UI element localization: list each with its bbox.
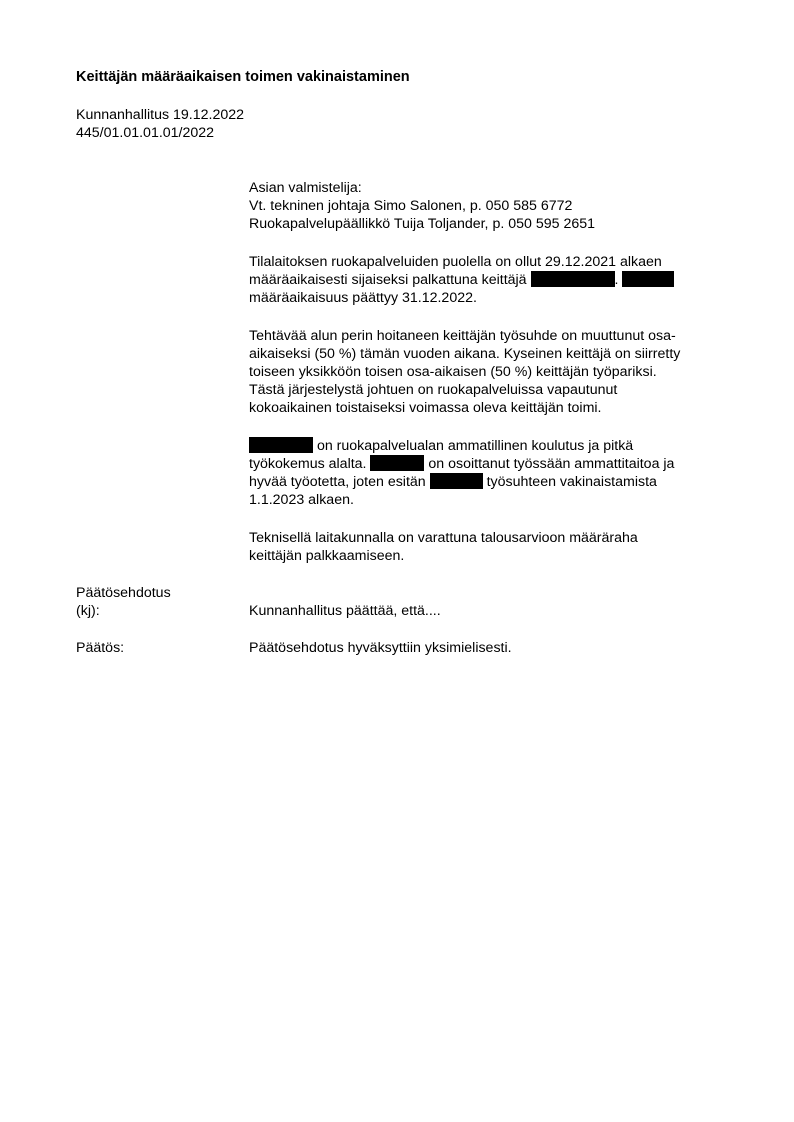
- text-segment: on osoittanut työssään ammattitaitoa ja: [424, 456, 674, 472]
- paragraph-line: aikaiseksi (50 %) tämän vuoden aikana. K…: [249, 345, 680, 364]
- redaction-block: [430, 473, 483, 489]
- preparer-line: Vt. tekninen johtaja Simo Salonen, p. 05…: [249, 197, 572, 216]
- text-segment: .: [615, 272, 619, 288]
- redaction-block: [531, 271, 615, 287]
- preparer-line: Ruokapalvelupäällikkö Tuija Toljander, p…: [249, 215, 595, 234]
- text-segment: hyvää työotetta, joten esitän: [249, 474, 430, 490]
- redaction-block: [622, 271, 674, 287]
- paragraph-line: Teknisellä laitakunnalla on varattuna ta…: [249, 529, 638, 548]
- paragraph-line: on ruokapalvelualan ammatillinen koulutu…: [249, 437, 633, 456]
- paragraph-line: määräaikaisuus päättyy 31.12.2022.: [249, 289, 477, 308]
- redaction-block: [249, 437, 313, 453]
- paragraph-line: keittäjän palkkaamiseen.: [249, 547, 404, 566]
- paragraph-line: työkokemus alalta. on osoittanut työssää…: [249, 455, 674, 474]
- paragraph-line: hyvää työotetta, joten esitän työsuhteen…: [249, 473, 657, 492]
- decision-text: Päätösehdotus hyväksyttiin yksimielisest…: [249, 639, 512, 658]
- reference-number: 445/01.01.01.01/2022: [76, 124, 214, 143]
- text-segment: määräaikaisesti sijaiseksi palkattuna ke…: [249, 272, 531, 288]
- paragraph-line: Tilalaitoksen ruokapalveluiden puolella …: [249, 253, 662, 272]
- document-title: Keittäjän määräaikaisen toimen vakinaist…: [76, 68, 410, 87]
- preparers-label: Asian valmistelija:: [249, 179, 362, 198]
- text-segment: työkokemus alalta.: [249, 456, 370, 472]
- paragraph-line: toiseen yksikköön toisen osa-aikaisen (5…: [249, 363, 657, 382]
- redaction-block: [370, 455, 424, 471]
- proposal-label-sub: (kj):: [76, 602, 100, 621]
- paragraph-line: 1.1.2023 alkaen.: [249, 491, 354, 510]
- paragraph-line: Tästä järjestelystä johtuen on ruokapalv…: [249, 381, 617, 400]
- proposal-text: Kunnanhallitus päättää, että....: [249, 602, 441, 621]
- text-segment: on ruokapalvelualan ammatillinen koulutu…: [313, 438, 633, 454]
- paragraph-line: kokoaikainen toistaiseksi voimassa oleva…: [249, 399, 602, 418]
- text-segment: työsuhteen vakinaistamista: [483, 474, 657, 490]
- proposal-label: Päätösehdotus: [76, 584, 171, 603]
- paragraph-line: määräaikaisesti sijaiseksi palkattuna ke…: [249, 271, 674, 290]
- paragraph-line: Tehtävää alun perin hoitaneen keittäjän …: [249, 327, 676, 346]
- meeting-info: Kunnanhallitus 19.12.2022: [76, 106, 244, 125]
- decision-label: Päätös:: [76, 639, 124, 658]
